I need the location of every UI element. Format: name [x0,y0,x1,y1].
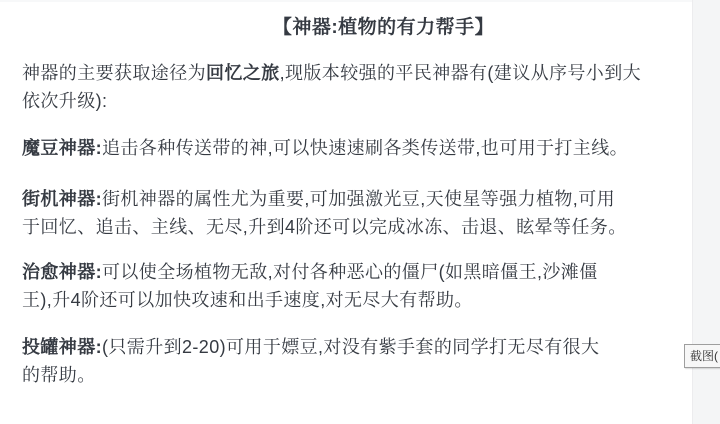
bold-term: 街机神器: [22,189,102,209]
text-run: 神器的主要获取途径为 [22,63,206,83]
text-run: 街机神器的属性尤为重要,可加强激光豆,天使星等强力植物,可用 [102,189,615,209]
text-run: 追击各种传送带的神,可以快速速刷各类传送带,也可用于打主线。 [102,138,628,158]
bold-term: 投罐神器: [22,337,102,357]
text-run: (只需升到2-20)可用于嫖豆,对没有紫手套的同学打无尽有很大 [102,337,599,357]
article-title: 【神器:植物的有力帮手】 [61,0,706,40]
bold-term: 回忆之旅 [206,63,280,83]
article-body: 神器的主要获取途径为回忆之旅,现版本较强的平民神器有(建议从序号小到大依次升级)… [22,59,667,389]
screenshot-tooltip: 截图( [684,344,720,368]
text-run: 的帮助。 [22,365,96,385]
paragraph: 治愈神器:可以使全场植物无敌,对付各种恶心的僵尸(如黑暗僵王,沙滩僵王),升4阶… [22,258,667,314]
screenshot-tooltip-label: 截图( [690,349,718,363]
bold-term: 魔豆神器: [22,138,102,158]
paragraph: 魔豆神器:追击各种传送带的神,可以快速速刷各类传送带,也可用于打主线。 [22,134,667,162]
bold-term: 治愈神器: [22,262,102,282]
article-content: 【神器:植物的有力帮手】 神器的主要获取途径为回忆之旅,现版本较强的平民神器有(… [0,0,693,389]
text-run: ,现版本较强的平民神器有(建议从序号小到大 [280,63,641,83]
text-run: 依次升级): [22,91,107,111]
paragraph: 投罐神器:(只需升到2-20)可用于嫖豆,对没有紫手套的同学打无尽有很大的帮助。 [22,333,667,389]
text-run: 可以使全场植物无敌,对付各种恶心的僵尸(如黑暗僵王,沙滩僵 [102,262,598,282]
article-page: 【神器:植物的有力帮手】 神器的主要获取途径为回忆之旅,现版本较强的平民神器有(… [0,0,720,424]
paragraph: 神器的主要获取途径为回忆之旅,现版本较强的平民神器有(建议从序号小到大依次升级)… [22,59,667,115]
text-run: 王),升4阶还可以加快攻速和出手速度,对无尽大有帮助。 [22,290,473,310]
text-run: 于回忆、追击、主线、无尽,升到4阶还可以完成冰冻、击退、眩晕等任务。 [22,217,627,237]
paragraph: 街机神器:街机神器的属性尤为重要,可加强激光豆,天使星等强力植物,可用于回忆、追… [22,185,667,241]
